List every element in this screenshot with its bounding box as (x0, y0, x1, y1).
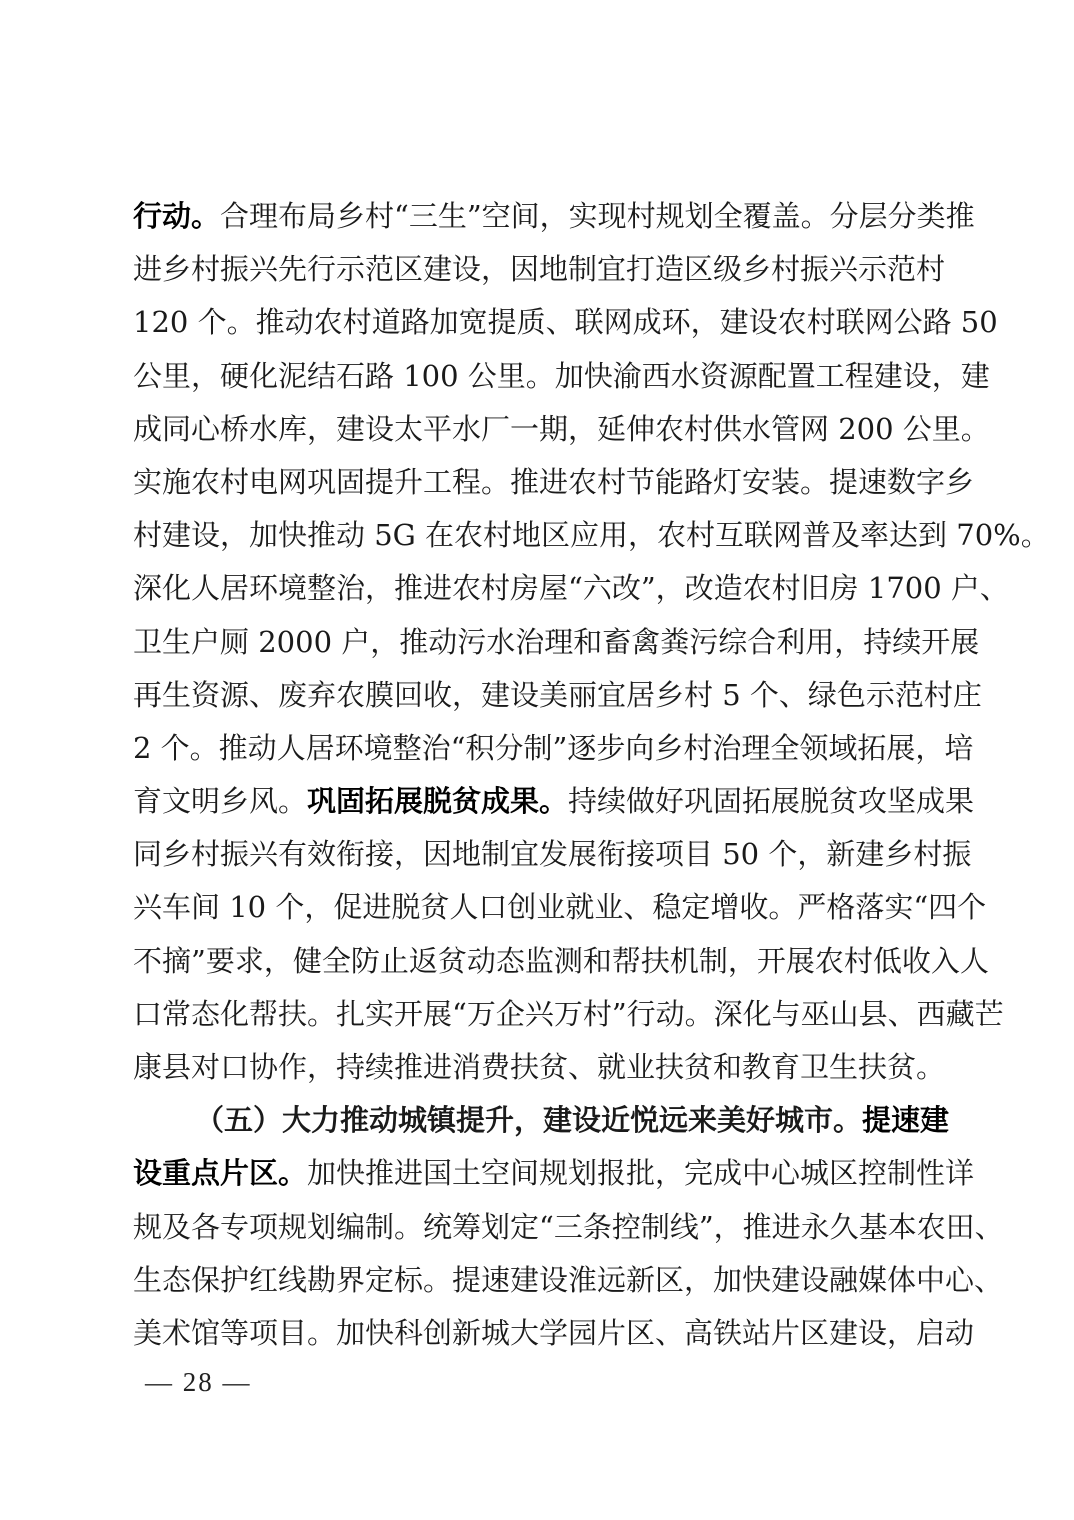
text-line: 育文明乡风。巩固拓展脱贫成果。持续做好巩固拓展脱贫攻坚成果 (133, 775, 945, 828)
text-segment: 卫生户厕 2000 户，推动污水治理和畜禽粪污综合利用，持续开展 (133, 625, 979, 659)
text-segment: 村建设，加快推动 5G 在农村地区应用，农村互联网普及率达到 70%。 (133, 518, 1050, 552)
text-line: （五）大力推动城镇提升，建设近悦远来美好城市。提速建 (133, 1094, 945, 1147)
text-segment: 再生资源、废弃农膜回收，建设美丽宜居乡村 5 个、绿色示范村庄 (133, 678, 982, 712)
text-line: 行动。合理布局乡村“三生”空间，实现村规划全覆盖。分层分类推 (133, 190, 945, 243)
text-segment: 同乡村振兴有效衔接，因地制宜发展衔接项目 50 个，新建乡村振 (133, 837, 971, 871)
section-heading: （五）大力推动城镇提升，建设近悦远来美好城市。 (195, 1103, 862, 1137)
text-line: 村建设，加快推动 5G 在农村地区应用，农村互联网普及率达到 70%。 (133, 509, 945, 562)
text-segment: 实施农村电网巩固提升工程。推进农村节能路灯安装。提速数字乡 (133, 465, 974, 499)
text-line: 康县对口协作，持续推进消费扶贫、就业扶贫和教育卫生扶贫。 (133, 1041, 945, 1094)
document-body: 行动。合理布局乡村“三生”空间，实现村规划全覆盖。分层分类推进乡村振兴先行示范区… (133, 190, 945, 1360)
text-line: 实施农村电网巩固提升工程。推进农村节能路灯安装。提速数字乡 (133, 456, 945, 509)
text-line: 120 个。推动农村道路加宽提质、联网成环，建设农村联网公路 50 (133, 296, 945, 349)
bold-lead-phrase: 提速建 (862, 1103, 949, 1137)
text-line: 美术馆等项目。加快科创新城大学园片区、高铁站片区建设，启动 (133, 1307, 945, 1360)
text-line: 生态保护红线勘界定标。提速建设淮远新区，加快建设融媒体中心、 (133, 1254, 945, 1307)
bold-lead-phrase: 巩固拓展脱贫成果。 (307, 784, 568, 818)
text-line: 卫生户厕 2000 户，推动污水治理和畜禽粪污综合利用，持续开展 (133, 616, 945, 669)
text-segment: 进乡村振兴先行示范区建设，因地制宜打造区级乡村振兴示范村 (133, 252, 945, 286)
document-page: 行动。合理布局乡村“三生”空间，实现村规划全覆盖。分层分类推进乡村振兴先行示范区… (0, 0, 1074, 1520)
text-line: 再生资源、废弃农膜回收，建设美丽宜居乡村 5 个、绿色示范村庄 (133, 669, 945, 722)
text-segment: 2 个。推动人居环境整治“积分制”逐步向乡村治理全领域拓展，培 (133, 731, 973, 765)
text-line: 规及各专项规划编制。统筹划定“三条控制线”，推进永久基本农田、 (133, 1201, 945, 1254)
text-segment: 公里，硬化泥结石路 100 公里。加快渝西水资源配置工程建设，建 (133, 359, 990, 393)
text-line: 口常态化帮扶。扎实开展“万企兴万村”行动。深化与巫山县、西藏芒 (133, 988, 945, 1041)
text-segment: 加快推进国土空间规划报批，完成中心城区控制性详 (307, 1156, 974, 1190)
text-line: 不摘”要求，健全防止返贫动态监测和帮扶机制，开展农村低收入人 (133, 935, 945, 988)
text-segment: 不摘”要求，健全防止返贫动态监测和帮扶机制，开展农村低收入人 (133, 944, 989, 978)
text-segment: 兴车间 10 个，促进脱贫人口创业就业、稳定增收。严格落实“四个 (133, 890, 986, 924)
text-line: 进乡村振兴先行示范区建设，因地制宜打造区级乡村振兴示范村 (133, 243, 945, 296)
bold-lead-phrase: 设重点片区。 (133, 1156, 307, 1190)
page-number: — 28 — (145, 1367, 252, 1398)
text-segment: 美术馆等项目。加快科创新城大学园片区、高铁站片区建设，启动 (133, 1316, 974, 1350)
text-line: 成同心桥水库，建设太平水厂一期，延伸农村供水管网 200 公里。 (133, 403, 945, 456)
text-line: 深化人居环境整治，推进农村房屋“六改”，改造农村旧房 1700 户、 (133, 562, 945, 615)
text-line: 同乡村振兴有效衔接，因地制宜发展衔接项目 50 个，新建乡村振 (133, 828, 945, 881)
text-segment: 持续做好巩固拓展脱贫攻坚成果 (568, 784, 974, 818)
text-segment: 康县对口协作，持续推进消费扶贫、就业扶贫和教育卫生扶贫。 (133, 1050, 945, 1084)
text-segment: 育文明乡风。 (133, 784, 307, 818)
text-line: 2 个。推动人居环境整治“积分制”逐步向乡村治理全领域拓展，培 (133, 722, 945, 775)
bold-lead-phrase: 行动。 (133, 199, 220, 233)
text-line: 公里，硬化泥结石路 100 公里。加快渝西水资源配置工程建设，建 (133, 350, 945, 403)
text-segment: 规及各专项规划编制。统筹划定“三条控制线”，推进永久基本农田、 (133, 1210, 1004, 1244)
text-segment: 生态保护红线勘界定标。提速建设淮远新区，加快建设融媒体中心、 (133, 1263, 1003, 1297)
text-segment: 合理布局乡村“三生”空间，实现村规划全覆盖。分层分类推 (220, 199, 975, 233)
text-line: 设重点片区。加快推进国土空间规划报批，完成中心城区控制性详 (133, 1147, 945, 1200)
text-segment: 深化人居环境整治，推进农村房屋“六改”，改造农村旧房 1700 户、 (133, 571, 1009, 605)
text-segment: 口常态化帮扶。扎实开展“万企兴万村”行动。深化与巫山县、西藏芒 (133, 997, 1004, 1031)
text-line: 兴车间 10 个，促进脱贫人口创业就业、稳定增收。严格落实“四个 (133, 881, 945, 934)
text-segment: 120 个。推动农村道路加宽提质、联网成环，建设农村联网公路 50 (133, 305, 998, 339)
text-segment: 成同心桥水库，建设太平水厂一期，延伸农村供水管网 200 公里。 (133, 412, 990, 446)
